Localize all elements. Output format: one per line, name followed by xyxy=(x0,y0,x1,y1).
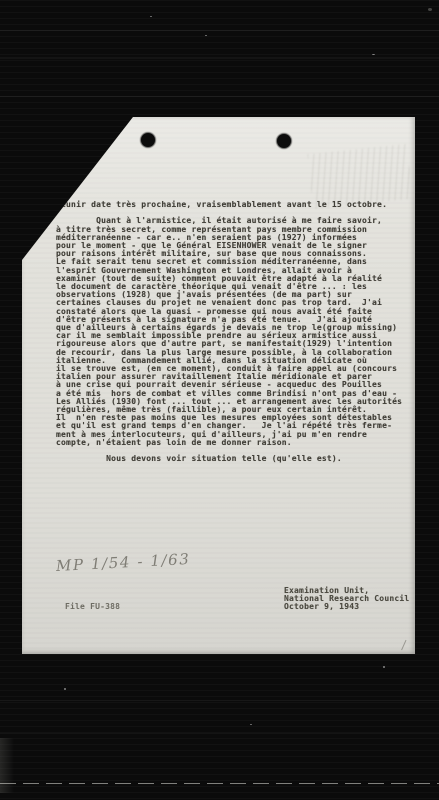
film-speck xyxy=(250,724,252,725)
document-page: réunir date très prochaine, vraisemblabl… xyxy=(22,117,415,654)
film-speck xyxy=(150,16,152,17)
pencil-tick-mark xyxy=(401,640,413,653)
film-edge-glow xyxy=(0,738,14,793)
film-speck xyxy=(372,54,375,55)
film-streak xyxy=(0,700,439,701)
file-number: File FU-388 xyxy=(65,603,120,611)
film-scratch-line xyxy=(0,783,439,784)
film-streak xyxy=(0,30,439,31)
film-speck xyxy=(64,688,66,690)
film-speck xyxy=(383,666,385,668)
microfilm-background: réunir date très prochaine, vraisemblabl… xyxy=(0,0,439,800)
film-speck xyxy=(428,8,432,11)
punch-hole-right xyxy=(277,134,291,148)
film-speck xyxy=(205,35,207,36)
handwritten-reference-note: MP 1/54 - 1/63 xyxy=(56,550,191,575)
film-streak xyxy=(0,96,439,97)
typewritten-body-text: réunir date très prochaine, vraisemblabl… xyxy=(56,201,402,464)
punch-hole-left xyxy=(141,133,155,147)
examination-unit-signature-block: Examination Unit, National Research Coun… xyxy=(284,587,409,612)
film-streak xyxy=(0,57,439,59)
film-streak xyxy=(0,733,439,734)
